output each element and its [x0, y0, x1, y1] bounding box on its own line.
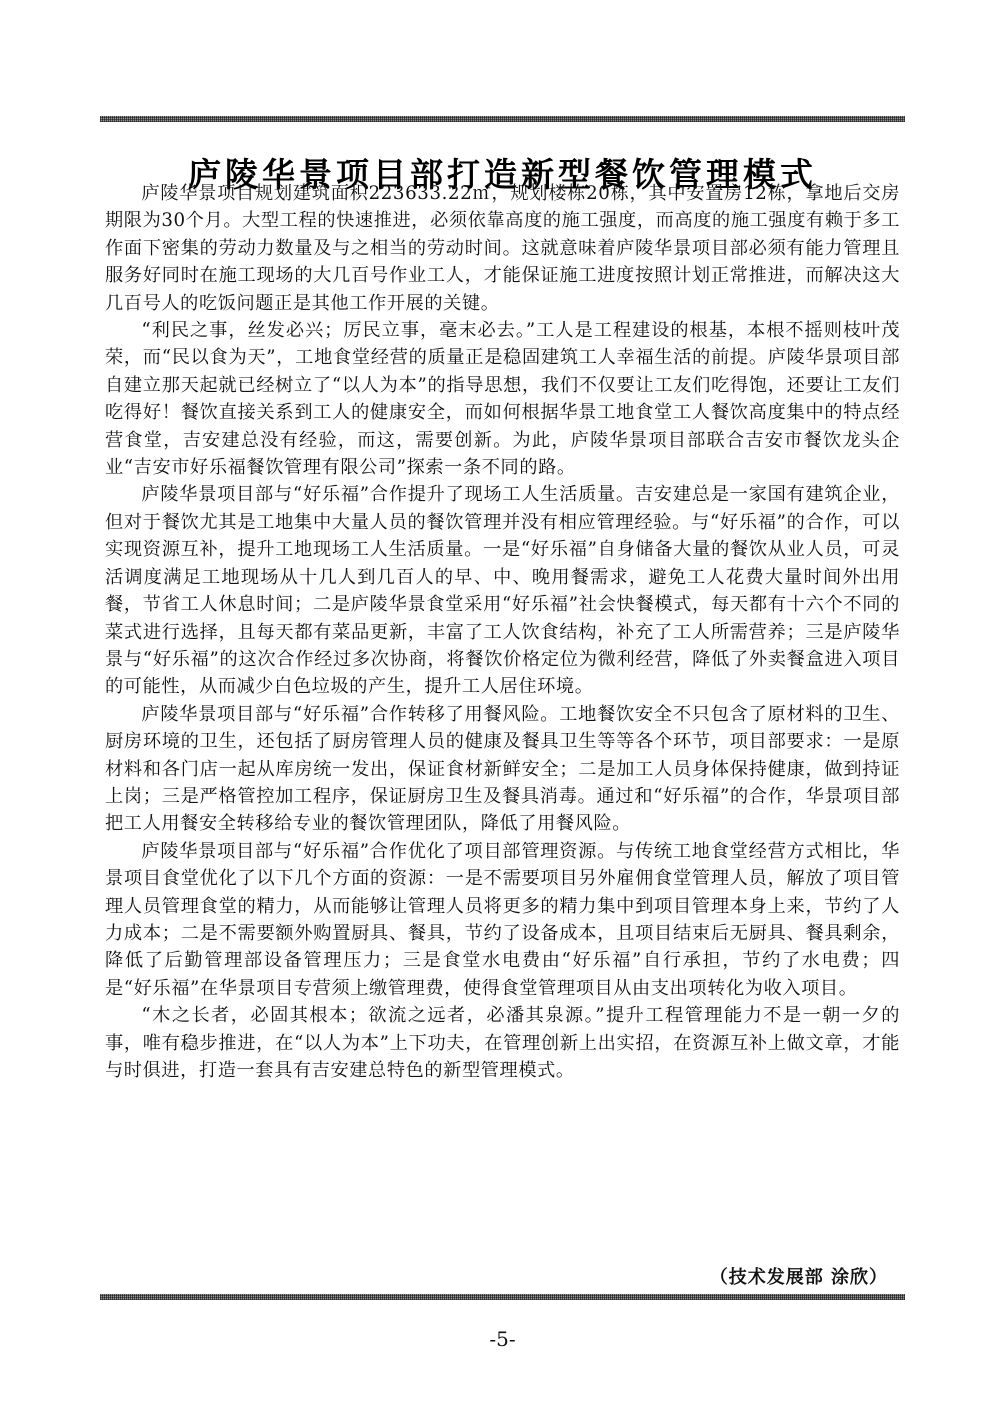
- paragraph-quality-of-life: 庐陵华景项目部与“好乐福”合作提升了现场工人生活质量。吉安建总是一家国有建筑企业…: [105, 481, 900, 700]
- author-byline: （技术发展部 涂欣）: [710, 1266, 888, 1290]
- article-body: 庐陵华景项目规划建筑面积223633.22㎡，规划楼栋20栋，其中安置房12栋，…: [105, 180, 900, 1084]
- paragraph-intro: 庐陵华景项目规划建筑面积223633.22㎡，规划楼栋20栋，其中安置房12栋，…: [105, 180, 900, 317]
- bottom-decorative-rule: [100, 1294, 905, 1300]
- document-page: 庐陵华景项目部打造新型餐饮管理模式 庐陵华景项目规划建筑面积223633.22㎡…: [100, 0, 900, 1413]
- paragraph-people-oriented: “利民之事，丝发必兴；厉民立事，毫末必去。”工人是工程建设的根基，本根不摇则枝叶…: [105, 317, 900, 481]
- top-decorative-rule: [100, 116, 905, 122]
- paragraph-resource-optimization: 庐陵华景项目部与“好乐福”合作优化了项目部管理资源。与传统工地食堂经营方式相比，…: [105, 838, 900, 1002]
- paragraph-conclusion: “木之长者，必固其根本；欲流之远者，必潘其泉源。”提升工程管理能力不是一朝一夕的…: [105, 1002, 900, 1084]
- paragraph-risk-transfer: 庐陵华景项目部与“好乐福”合作转移了用餐风险。工地餐饮安全不只包含了原材料的卫生…: [105, 701, 900, 838]
- page-number: -5-: [100, 1326, 905, 1352]
